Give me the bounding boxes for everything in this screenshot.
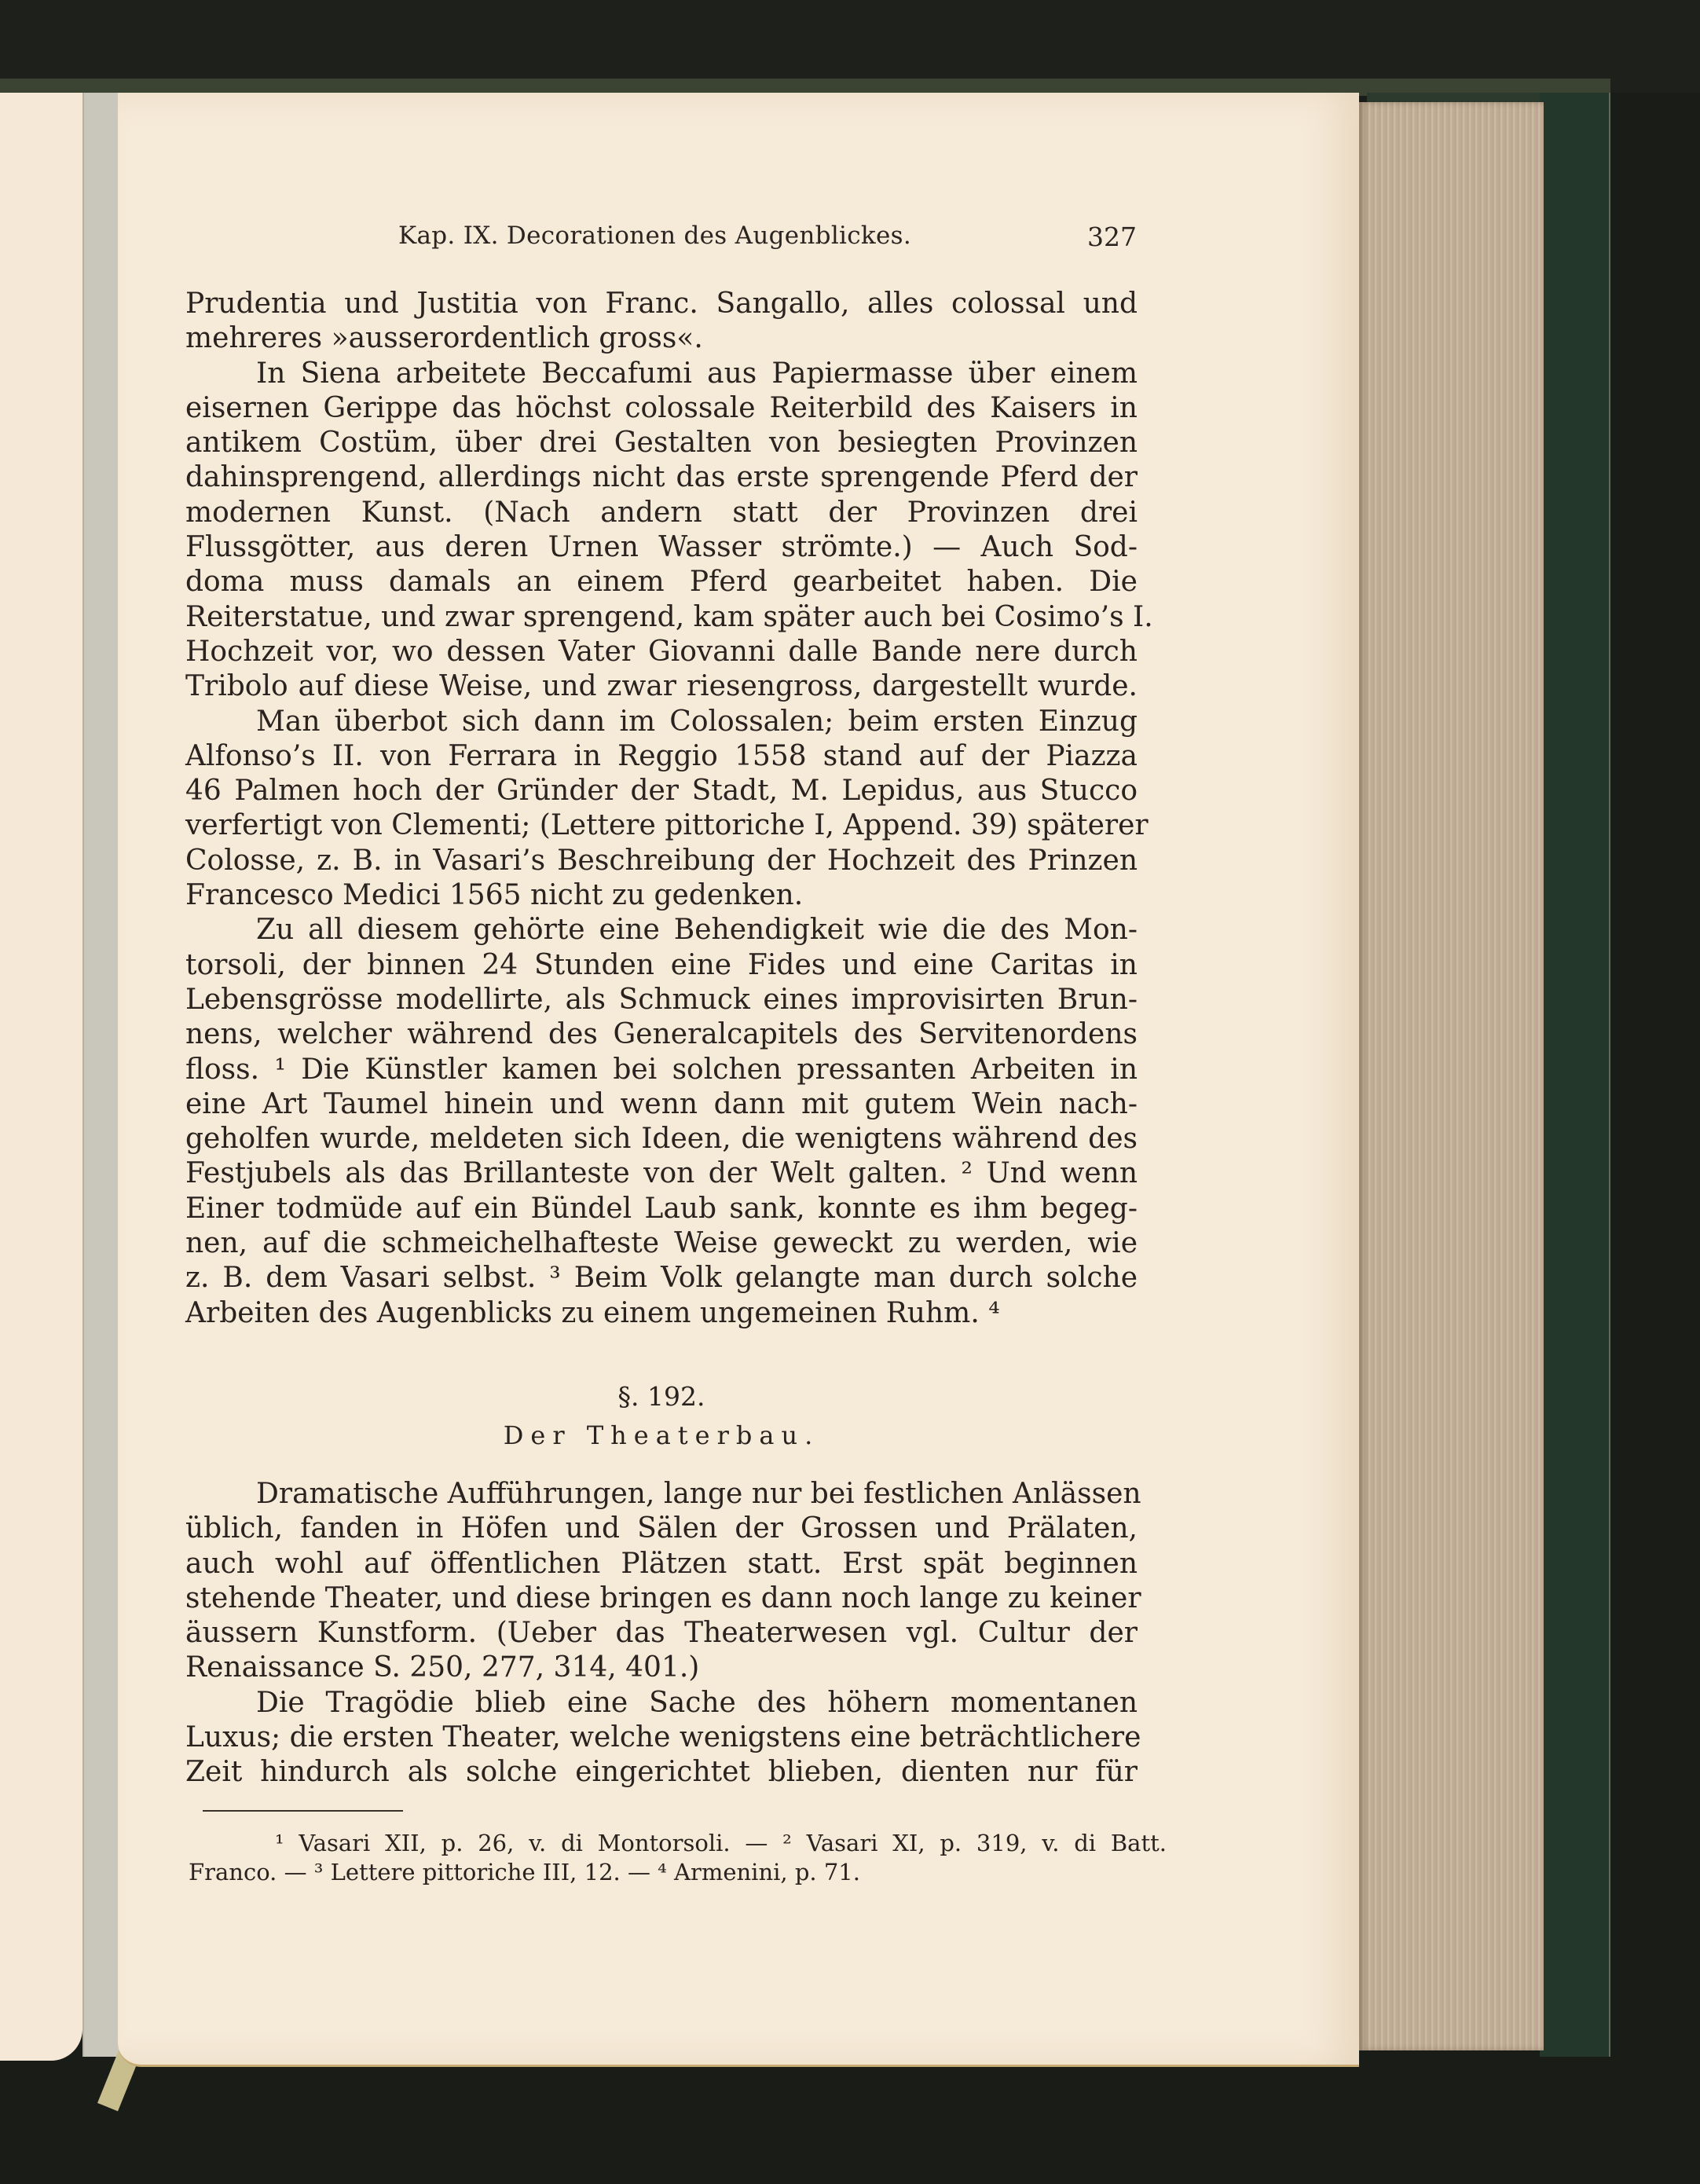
text-line: mehreres »ausserordentlich gross«. xyxy=(185,321,1138,356)
page-fore-edges xyxy=(1359,102,1544,2050)
text-line: nen, auf die schmeichelhafteste Weise ge… xyxy=(185,1226,1138,1261)
text-line: Dramatische Aufführungen, lange nur bei … xyxy=(185,1477,1138,1512)
text-line: Alfonso’s II. von Ferrara in Reggio 1558… xyxy=(185,739,1138,774)
text-line: floss. ¹ Die Künstler kamen bei solchen … xyxy=(185,1053,1138,1087)
page-number: 327 xyxy=(1087,222,1137,252)
text-line: z. B. dem Vasari selbst. ³ Beim Volk gel… xyxy=(185,1261,1138,1295)
text-line: modernen Kunst. (Nach andern statt der P… xyxy=(185,496,1138,530)
footnotes: ¹ Vasari XII, p. 26, v. di Montorsoli. —… xyxy=(189,1829,1167,1887)
text-line: Zeit hindurch als solche eingerichtet bl… xyxy=(185,1755,1138,1790)
left-page-margin xyxy=(0,93,82,2061)
text-line: stehende Theater, und diese bringen es d… xyxy=(185,1581,1138,1616)
running-head: Kap. IX. Decorationen des Augenblickes. … xyxy=(398,222,1137,253)
text-line: Flussgötter, aus deren Urnen Wasser strö… xyxy=(185,530,1138,565)
text-line: geholfen wurde, meldeten sich Ideen, die… xyxy=(185,1122,1138,1156)
text-line: Luxus; die ersten Theater, welche wenigs… xyxy=(185,1720,1138,1755)
text-line: In Siena arbeitete Beccafumi aus Papierm… xyxy=(185,357,1138,391)
footnote-line: Franco. — ³ Lettere pittoriche III, 12. … xyxy=(189,1858,1167,1887)
text-line: eine Art Taumel hinein und wenn dann mit… xyxy=(185,1087,1138,1122)
text-line: doma muss damals an einem Pferd gearbeit… xyxy=(185,565,1138,599)
text-line: Prudentia und Justitia von Franc. Sangal… xyxy=(185,287,1138,321)
text-line: 46 Palmen hoch der Gründer der Stadt, M.… xyxy=(185,774,1138,808)
text-line: nens, welcher während des Generalcapitel… xyxy=(185,1017,1138,1052)
text-line: Hochzeit vor, wo dessen Vater Giovanni d… xyxy=(185,635,1138,669)
text-line: antikem Costüm, über drei Gestalten von … xyxy=(185,426,1138,460)
text-line: torsoli, der binnen 24 Stunden eine Fide… xyxy=(185,948,1138,983)
text-line: Colosse, z. B. in Vasari’s Beschreibung … xyxy=(185,844,1138,878)
running-title: Kap. IX. Decorationen des Augenblickes. xyxy=(398,222,911,250)
footnote-separator xyxy=(203,1810,403,1812)
text-line: Tribolo auf diese Weise, und zwar riesen… xyxy=(185,669,1138,704)
text-line: auch wohl auf öffentlichen Plätzen statt… xyxy=(185,1547,1138,1581)
text-line: Renaissance S. 250, 277, 314, 401.) xyxy=(185,1651,1138,1685)
text-line: verfertigt von Clementi; (Lettere pittor… xyxy=(185,808,1138,843)
book-gutter xyxy=(82,93,119,2057)
text-line: üblich, fanden in Höfen und Sälen der Gr… xyxy=(185,1512,1138,1546)
text-line: dahinsprengend, allerdings nicht das ers… xyxy=(185,460,1138,495)
book-cover-green xyxy=(1540,93,1610,2057)
text-line: Man überbot sich dann im Colossalen; bei… xyxy=(185,705,1138,739)
section-title: Der Theaterbau. xyxy=(185,1420,1138,1450)
text-line: Lebensgrösse modellirte, als Schmuck ein… xyxy=(185,983,1138,1017)
section-number: §. 192. xyxy=(185,1381,1138,1412)
text-line: Zu all diesem gehörte eine Behendigkeit … xyxy=(185,913,1138,947)
body-text-top: Prudentia und Justitia von Franc. Sangal… xyxy=(185,287,1138,1331)
text-line: Francesco Medici 1565 nicht zu gedenken. xyxy=(185,878,1138,913)
footnote-line: ¹ Vasari XII, p. 26, v. di Montorsoli. —… xyxy=(189,1829,1167,1858)
text-line: Festjubels als das Brillanteste von der … xyxy=(185,1156,1138,1191)
text-line: äussern Kunstform. (Ueber das Theaterwes… xyxy=(185,1616,1138,1651)
body-text-bottom: Dramatische Aufführungen, lange nur bei … xyxy=(185,1477,1138,1790)
text-line: Einer todmüde auf ein Bündel Laub sank, … xyxy=(185,1192,1138,1226)
text-line: Reiterstatue, und zwar sprengend, kam sp… xyxy=(185,600,1138,635)
text-line: Arbeiten des Augenblicks zu einem ungeme… xyxy=(185,1296,1138,1331)
text-line: Die Tragödie blieb eine Sache des höhern… xyxy=(185,1686,1138,1720)
text-line: eisernen Gerippe das höchst colossale Re… xyxy=(185,391,1138,426)
